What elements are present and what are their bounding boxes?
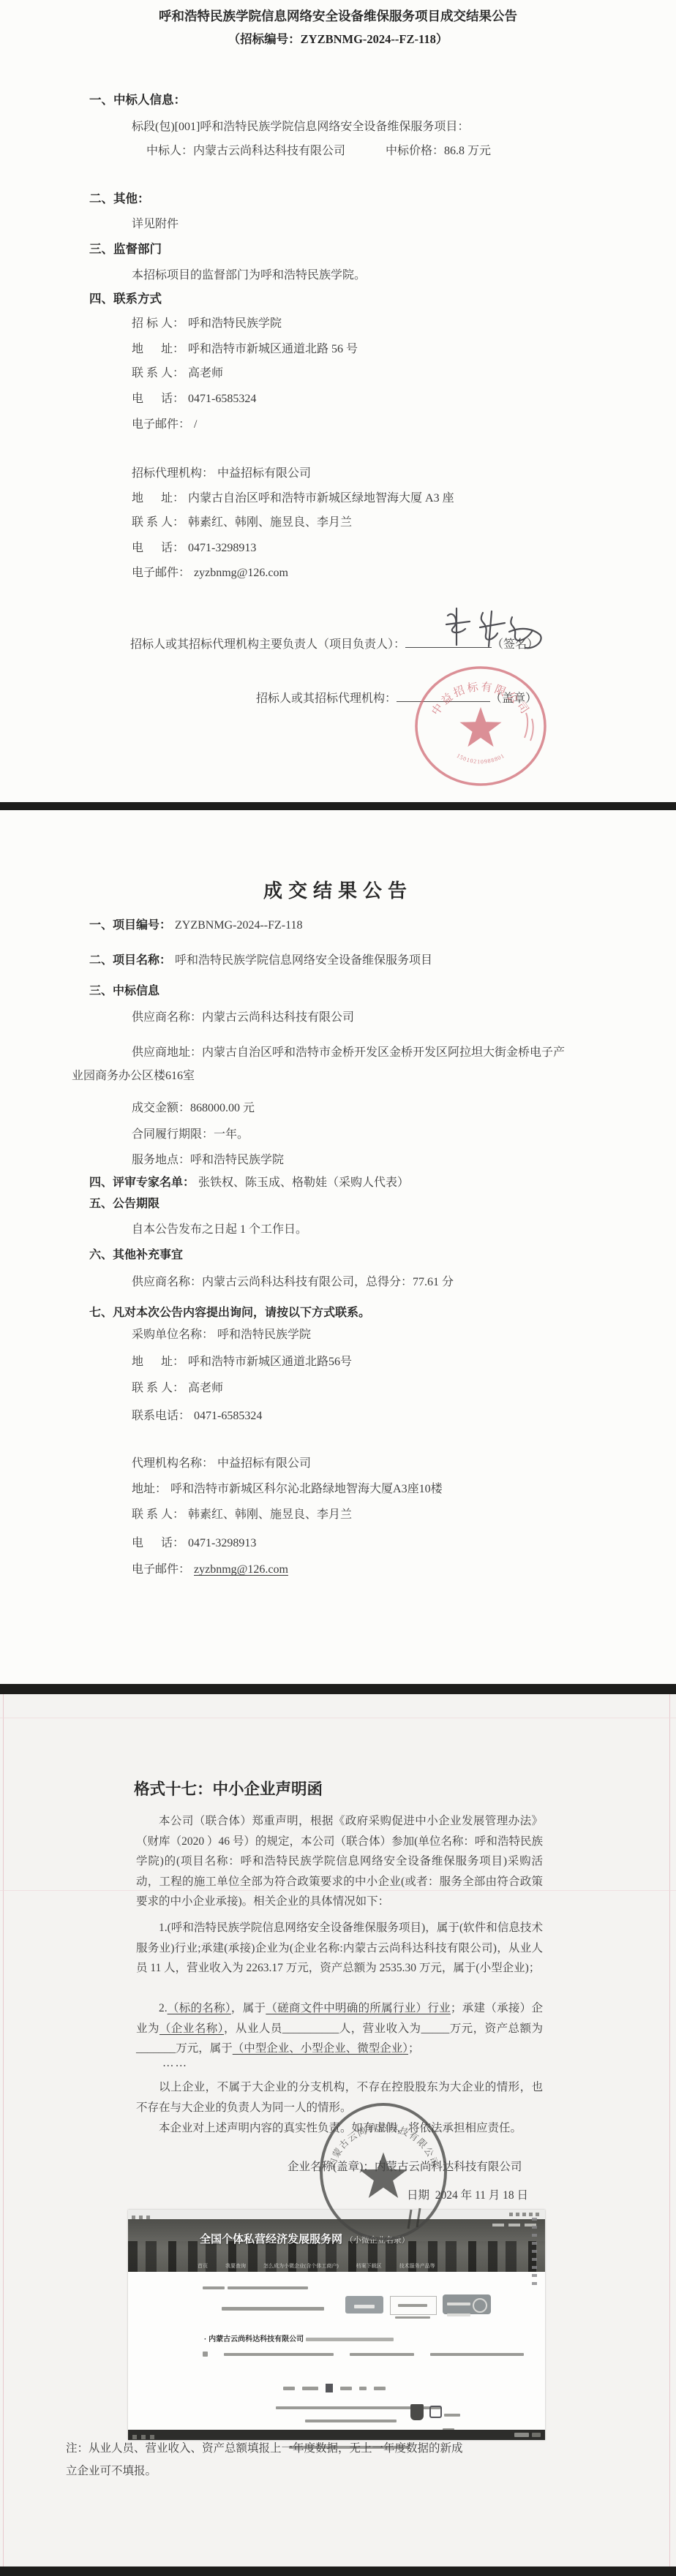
field-value: 中益招标有限公司 — [217, 1457, 311, 1470]
handwritten-signature — [437, 603, 551, 661]
page-separator-bottom — [0, 2566, 676, 2576]
query-type-box — [390, 2296, 437, 2315]
field-label: 一、项目编号： — [89, 919, 171, 932]
agency-phone-row: 电 话：0471-3298913 — [132, 541, 256, 555]
field-label: 联 系 人： — [132, 1508, 184, 1521]
site-nav: 首页 我要查询 怎么成为小微企业(含个体工商户) 档案下载区 技术服务产品等 — [198, 2262, 435, 2270]
nav-item-downloads: 档案下载区 — [356, 2262, 382, 2270]
browser-toolbar-right-icons — [509, 2213, 539, 2216]
field-label: 地 址： — [132, 1356, 184, 1368]
field-label: 联 系 人： — [132, 367, 184, 379]
taskbar-icon — [150, 2435, 154, 2439]
field-value: 呼和浩特市新城区科尔沁北路绿地智海大厦A3座10楼 — [170, 1483, 443, 1495]
purchaser-phone-row: 联系电话：0471-6585324 — [132, 1409, 262, 1423]
agency2-email-row: 电子邮件：zyzbnmg@126.com — [132, 1563, 288, 1576]
nav-item-search: 我要查询 — [225, 2262, 246, 2270]
section2-body: 详见附件 — [132, 217, 179, 231]
section1-heading: 一、中标人信息： — [89, 93, 186, 107]
search-button — [345, 2296, 383, 2314]
section3-body: 本招标项目的监督部门为呼和浩特民族学院。 — [132, 268, 366, 282]
field-label: 招标代理机构： — [132, 467, 214, 480]
tenderer-address-row: 地 址：呼和浩特市新城区通道北路 56 号 — [132, 342, 358, 356]
field-value: 呼和浩特民族学院信息网络安全设备维保服务项目 — [175, 954, 432, 967]
field-value: 内蒙古自治区呼和浩特市新城区绿地智海大厦 A3 座 — [188, 492, 454, 505]
taskbar-icon — [141, 2435, 146, 2439]
para3-underlined-industry: （磋商文件中明确的所属行业）行业 — [266, 2002, 451, 2014]
para3-text: 万元，资产总额为 — [449, 2022, 543, 2035]
field-label: 电子邮件： — [132, 418, 190, 431]
tenderer-phone-row: 电 话：0471-6585324 — [132, 392, 256, 406]
field-label: 代理机构名称： — [132, 1457, 214, 1470]
pagination-current-page — [326, 2384, 333, 2392]
field-value: 呼和浩特民族学院 — [217, 1329, 311, 1341]
purchaser-name-row: 采购单位名称：呼和浩特民族学院 — [132, 1328, 311, 1342]
field-value: 0471-6585324 — [188, 393, 256, 405]
field-value: 0471-3298913 — [188, 1537, 256, 1549]
field-label: 联 系 人： — [132, 516, 184, 529]
signature-line-prefix: 招标人或其招标代理机构主要负责人（项目负责人）： — [130, 638, 405, 651]
para3-text: ； — [408, 2042, 420, 2055]
field-label: 地 址： — [132, 492, 184, 505]
field-label: 地 址： — [132, 343, 184, 355]
agency-address-row: 地 址：内蒙古自治区呼和浩特市新城区绿地智海大厦 A3 座 — [132, 491, 454, 505]
supplier-name-line: 供应商名称：内蒙古云尚科达科技有限公司 — [132, 1011, 354, 1024]
note-line-1: 注：从业人员、营业收入、资产总额填报上一年度数据，无上一年度数据的新成 — [66, 2442, 463, 2456]
scan-edge-line-left — [3, 1694, 4, 2566]
declaration-paragraph-3-item2: 2.（标的名称），属于（磋商文件中明确的所属行业）行业；承建（承接）企业为（企业… — [136, 1998, 543, 2059]
field-value: 呼和浩特民族学院 — [188, 317, 282, 330]
declaration-paragraph-2-item1: 1.(呼和浩特民族学院信息网络安全设备维保服务项目)，属于(软件和信息技术服务业… — [136, 1918, 543, 1979]
supplier-address-line1: 供应商地址：内蒙古自治区呼和浩特市金桥开发区金桥开发区阿拉坦大街金桥电子产 — [132, 1046, 565, 1060]
page-2-deal-result: 成交结果公告 一、项目编号：ZYZBNMG-2024--FZ-118 二、项目名… — [0, 810, 676, 1684]
nav-item-home: 首页 — [198, 2262, 208, 2270]
project-number-row: 一、项目编号：ZYZBNMG-2024--FZ-118 — [89, 918, 303, 932]
toolbar-icon — [516, 2213, 519, 2216]
nav-item-services: 技术服务产品等 — [399, 2262, 435, 2270]
vertical-script-marginalia — [532, 2218, 537, 2285]
gov-badge-logo — [410, 2404, 424, 2420]
svg-text:15010210988801: 15010210988801 — [456, 752, 506, 766]
field-value: 张铁权、陈玉成、格勒娃（采购人代表） — [198, 1176, 409, 1189]
page-1-result-announcement: 呼和浩特民族学院信息网络安全设备维保服务项目成交结果公告 （招标编号：ZYZBN… — [0, 0, 676, 802]
scan-edge-line-right — [669, 1694, 670, 2566]
seal-code-text: 15010210988801 — [456, 752, 506, 766]
project-name-row: 二、项目名称：呼和浩特民族学院信息网络安全设备维保服务项目 — [89, 953, 432, 967]
badge-icon — [473, 2298, 487, 2313]
para3-blank: _____ — [421, 2022, 450, 2035]
field-label: 地址： — [132, 1483, 167, 1495]
para3-underlined-subject: （标的名称） — [168, 2002, 231, 2014]
notice-period-heading: 五、公告期限 — [89, 1197, 159, 1211]
declaration-paragraph-1: 本公司（联合体）郑重声明，根据《政府采购促进中小企业发展管理办法》（财库（202… — [136, 1811, 543, 1912]
para3-text: ，属于 — [231, 2002, 266, 2014]
field-label: 四、评审专家名单： — [89, 1176, 195, 1189]
para3-blank: _______ — [136, 2042, 176, 2055]
contract-term-line: 合同履行期限：一年。 — [132, 1128, 249, 1141]
agency2-contact-row: 联 系 人：韩素红、韩刚、施昱良、李月兰 — [132, 1508, 352, 1522]
para3-underlined-size: （中型企业、小型企业、微型企业） — [233, 2042, 408, 2055]
section1-winner: 中标人：内蒙古云尚科达科技有限公司 — [146, 144, 345, 158]
inquiry-heading: 七、凡对本次公告内容提出询问，请按以下方式联系。 — [89, 1306, 370, 1320]
toolbar-icon — [509, 2213, 513, 2216]
field-label: 电 话： — [132, 393, 184, 405]
agency-email-row: 电子邮件：zyzbnmg@126.com — [132, 566, 288, 580]
tenderer-contact-row: 联 系 人：高老师 — [132, 366, 223, 380]
purchaser-address-row: 地 址：呼和浩特市新城区通道北路56号 — [132, 1355, 352, 1369]
supplement-body: 供应商名称：内蒙古云尚科达科技有限公司，总得分：77.61 分 — [132, 1275, 454, 1289]
field-label: 采购单位名称： — [132, 1329, 214, 1341]
sme-directory-badge — [443, 2294, 491, 2314]
field-label: 联系电话： — [132, 1410, 190, 1422]
para3-underlined-company: （企业名称） — [159, 2022, 224, 2035]
agency-name-row: 招标代理机构：中益招标有限公司 — [132, 467, 311, 480]
banner-top-links — [492, 2224, 536, 2226]
field-value: 高老师 — [188, 367, 223, 379]
para3-text: 人，营业收入为 — [339, 2022, 421, 2035]
section1-package-line: 标段(包)[001]呼和浩特民族学院信息网络安全设备维保服务项目： — [132, 120, 469, 134]
taskbar-clock-area — [514, 2433, 541, 2437]
field-value: / — [194, 418, 197, 431]
scan-artifact-line — [0, 1718, 676, 1718]
experts-row: 四、评审专家名单：张铁权、陈玉成、格勒娃（采购人代表） — [89, 1176, 409, 1190]
field-value: ZYZBNMG-2024--FZ-118 — [175, 919, 303, 932]
field-label: 电子邮件： — [132, 567, 190, 579]
agency2-name-row: 代理机构名称：中益招标有限公司 — [132, 1457, 311, 1470]
field-label: 联 系 人： — [132, 1382, 184, 1394]
page-3-sme-declaration: 格式十七：中小企业声明函 本公司（联合体）郑重声明，根据《政府采购促进中小企业发… — [0, 1694, 676, 2566]
supplier-address-line2: 业园商务办公区楼616室 — [72, 1069, 195, 1083]
page1-title: 呼和浩特民族学院信息网络安全设备维保服务项目成交结果公告 — [0, 9, 676, 24]
field-label: 电 话： — [132, 542, 184, 554]
tenderer-name-row: 招 标 人：呼和浩特民族学院 — [132, 317, 282, 331]
agency2-phone-row: 电 话：0471-3298913 — [132, 1536, 256, 1550]
field-label: 招 标 人： — [132, 317, 184, 330]
deal-amount-line: 成交金额：868000.00 元 — [132, 1101, 255, 1115]
tenderer-email-row: 电子邮件：/ — [132, 418, 197, 431]
supplement-heading: 六、其他补充事宜 — [89, 1248, 183, 1262]
page-separator — [0, 1684, 676, 1694]
field-value: 呼和浩特市新城区通道北路56号 — [188, 1356, 352, 1368]
scanned-document: 呼和浩特民族学院信息网络安全设备维保服务项目成交结果公告 （招标编号：ZYZBN… — [0, 0, 676, 2576]
breadcrumb — [203, 2281, 308, 2294]
result-count-text — [222, 2302, 324, 2315]
grey-company-seal: 内蒙古云尚科达科技有限公司 — [316, 2099, 451, 2245]
award-info-heading: 三、中标信息 — [89, 984, 159, 998]
field-value: 中益招标有限公司 — [217, 467, 311, 480]
agency-contact-row: 联 系 人：韩素红、韩刚、施昱良、李月兰 — [132, 515, 352, 529]
field-value: 0471-3298913 — [188, 542, 256, 554]
ellipsis-line: …… — [162, 2057, 188, 2071]
field-value: 0471-6585324 — [194, 1410, 262, 1422]
field-label: 电 话： — [132, 1537, 184, 1549]
page-separator — [0, 802, 676, 810]
pagination — [283, 2384, 386, 2392]
section2-heading: 二、其他： — [89, 192, 150, 206]
field-value: 呼和浩特市新城区通道北路 56 号 — [188, 343, 358, 355]
agency2-address-row: 地址：呼和浩特市新城区科尔沁北路绿地智海大厦A3座10楼 — [132, 1482, 443, 1496]
toolbar-icon — [529, 2213, 533, 2216]
service-location-line: 服务地点：呼和浩特民族学院 — [132, 1153, 284, 1167]
para3-text: ，从业人员 — [224, 2022, 282, 2035]
toolbar-icon — [522, 2213, 526, 2216]
company-detail-row — [203, 2352, 524, 2357]
field-value-email: zyzbnmg@126.com — [194, 1563, 288, 1576]
taskbar-icon — [132, 2435, 137, 2439]
notice-period-body: 自本公告发布之日起 1 个工作日。 — [132, 1223, 307, 1236]
section4-heading: 四、联系方式 — [89, 292, 162, 306]
field-value: 韩素红、韩刚、施昱良、李月兰 — [188, 1508, 352, 1521]
para3-blank: __________ — [282, 2022, 339, 2035]
captured-taskbar — [128, 2430, 545, 2440]
purchaser-contact-row: 联 系 人：高老师 — [132, 1381, 223, 1395]
para3-text: 万元，属于 — [176, 2042, 233, 2055]
field-value: 高老师 — [188, 1382, 223, 1394]
field-label: 电子邮件： — [132, 1563, 190, 1576]
toolbar-icon — [536, 2213, 539, 2216]
field-label: 二、项目名称： — [89, 954, 171, 967]
page2-title: 成交结果公告 — [0, 880, 676, 902]
red-company-seal: 中益招标有限公司 15010210988801 — [410, 660, 552, 792]
field-value: zyzbnmg@126.com — [194, 567, 288, 579]
company-result-entry: · 内蒙古云尚科达科技有限公司 — [204, 2333, 394, 2343]
note-line-2: 立企业可不填报。 — [66, 2465, 157, 2479]
nav-item-become-sme: 怎么成为小微企业(含个体工商户) — [263, 2262, 339, 2270]
field-value: 韩素红、韩刚、施昱良、李月兰 — [188, 516, 352, 529]
seal-line-prefix: 招标人或其招标代理机构： — [256, 692, 397, 705]
para3-text: 2. — [159, 2002, 168, 2014]
page1-subtitle-tender-no: （招标编号：ZYZBNMG-2024--FZ-118） — [0, 32, 676, 47]
sme-declaration-heading: 格式十七：中小企业声明函 — [134, 1780, 323, 1799]
section1-price: 中标价格：86.8 万元 — [386, 144, 491, 158]
section3-heading: 三、监督部门 — [89, 242, 162, 257]
company-result-name: 内蒙古云尚科达科技有限公司 — [209, 2335, 304, 2343]
